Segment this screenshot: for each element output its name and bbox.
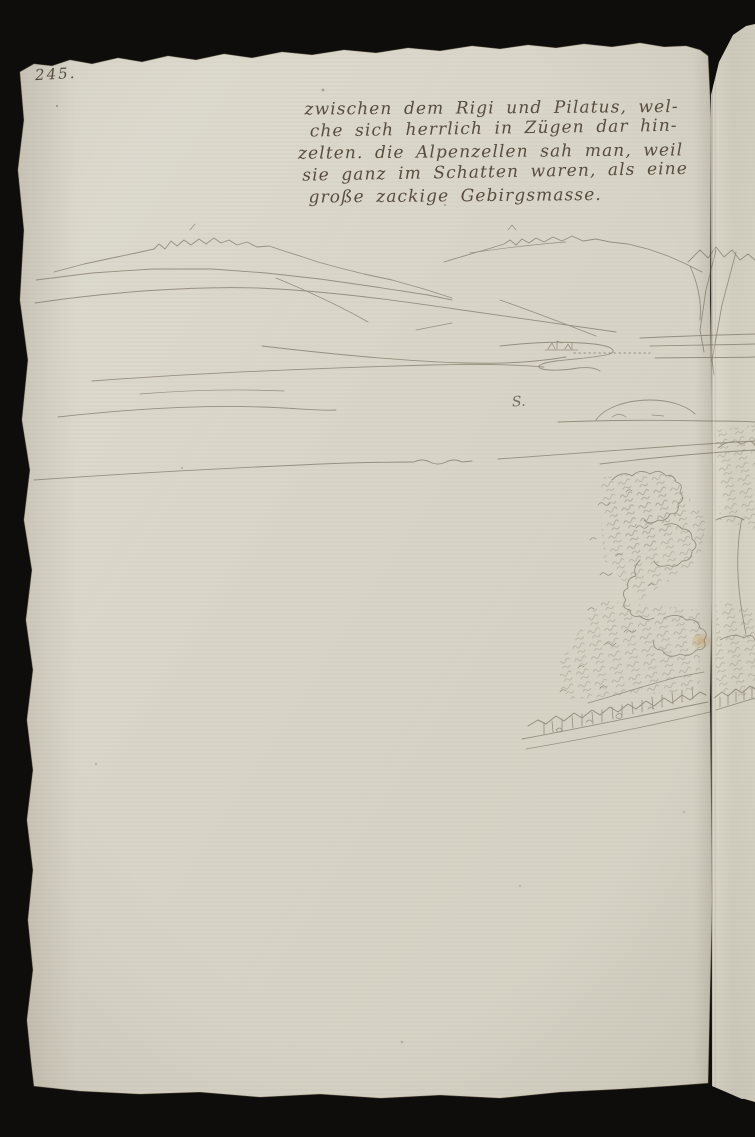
inscription-line-5: große zackige Gebirgsmasse. — [308, 183, 738, 209]
page-number: 245. — [35, 64, 77, 84]
sketch-annotation-s: S. — [511, 394, 526, 411]
handwritten-inscription: zwischen dem Rigi und Pilatus, wel- che … — [297, 93, 738, 208]
scanned-sketchbook-page: 245. zwischen dem Rigi und Pilatus, wel-… — [0, 0, 755, 1137]
